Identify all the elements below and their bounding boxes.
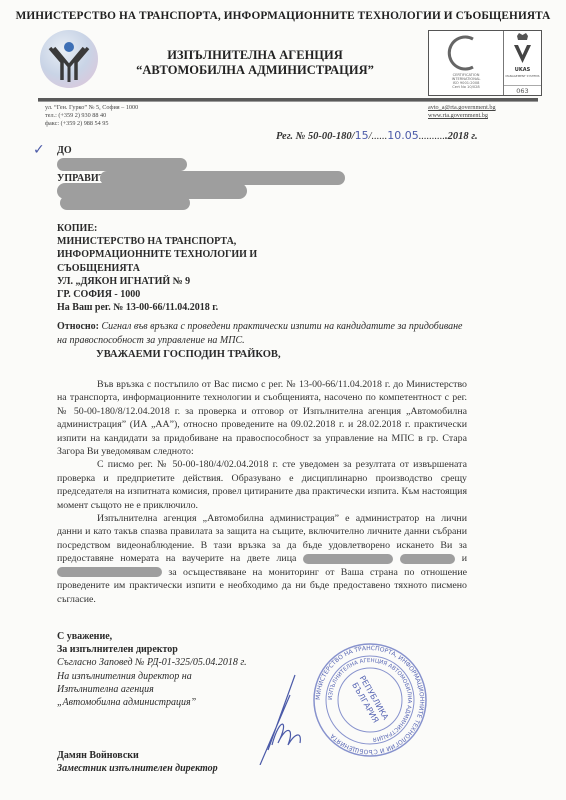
handwritten-check-icon: ✓	[33, 142, 45, 158]
redaction	[60, 196, 190, 210]
redaction	[400, 554, 455, 564]
recipient-to-label: ДО	[57, 145, 72, 156]
certification-ring-icon	[429, 31, 503, 73]
phone: тел.: (+359 2) 930 88 40	[45, 112, 138, 120]
email-link[interactable]: avto_a@rta.government.bg	[428, 104, 496, 112]
signoff-block: С уважение, За изпълнителен директор Съг…	[57, 630, 247, 709]
redaction	[303, 554, 393, 564]
crown-check-icon	[504, 31, 541, 67]
ukas-number: 063	[504, 85, 541, 95]
letter-body: Във връзка с постъпило от Вас писмо с ре…	[57, 378, 467, 606]
fax: факс: (+359 2) 988 54 95	[45, 120, 138, 128]
subject-text: Сигнал във връзка с проведени практическ…	[57, 321, 463, 346]
regards: С уважение,	[57, 630, 247, 643]
ministry-header: МИНИСТЕРСТВО НА ТРАНСПОРТА, ИНФОРМАЦИОНН…	[0, 10, 566, 22]
website-link[interactable]: www.rta.government.bg	[428, 112, 496, 120]
web-contact: avto_a@rta.government.bg www.rta.governm…	[428, 104, 496, 120]
agency-title-line2: “АВТОМОБИЛНА АДМИНИСТРАЦИЯ”	[110, 63, 400, 78]
body-paragraph-1: Във връзка с постъпило от Вас писмо с ре…	[57, 378, 467, 458]
copies-label: КОПИЕ:	[57, 222, 257, 235]
subject-line: Относно: Сигнал във връзка с проведени п…	[57, 320, 467, 348]
registration-number: Рег. № 50-00-180/15/......10.05.........…	[276, 129, 478, 142]
agency-title-line1: ИЗПЪЛНИТЕЛНА АГЕНЦИЯ	[110, 48, 400, 63]
ukas-label: UKAS	[504, 67, 541, 73]
signer-title: Заместник изпълнителен директор	[57, 762, 218, 775]
handwritten-date: 10.05	[387, 129, 419, 142]
signer-name: Дамян Войновски	[57, 749, 218, 762]
body-paragraph-3: Изпълнителна агенция „Автомобилна админи…	[57, 512, 467, 606]
handwritten-number: 15	[355, 129, 369, 142]
redaction	[57, 158, 187, 171]
redaction	[57, 567, 162, 577]
official-stamp-icon: МИНИСТЕРСТВО НА ТРАНСПОРТА, ИНФОРМАЦИОНН…	[310, 640, 430, 760]
copies-block: КОПИЕ: МИНИСТЕРСТВО НА ТРАНСПОРТА, ИНФОР…	[57, 222, 257, 314]
subject-label: Относно:	[57, 321, 99, 332]
for-director: За изпълнителен директор	[57, 643, 247, 656]
certification-badges: CERTIFICATION INTERNATIONAL ISO 9001:200…	[428, 30, 542, 96]
body-paragraph-2: С писмо рег. № 50-00-180/4/02.04.2018 г.…	[57, 458, 467, 512]
ukas-badge: UKAS MANAGEMENT SYSTEMS 063	[504, 31, 541, 95]
ukas-sub: MANAGEMENT SYSTEMS	[504, 74, 541, 78]
agency-logo-icon	[40, 30, 98, 88]
iso-certification-badge: CERTIFICATION INTERNATIONAL ISO 9001:200…	[429, 31, 504, 95]
signer-block: Дамян Войновски Заместник изпълнителен д…	[57, 749, 218, 775]
order-reference: Съгласно Заповед № РД-01-325/05.04.2018 …	[57, 656, 247, 669]
certification-text: CERTIFICATION INTERNATIONAL ISO 9001:200…	[429, 73, 503, 89]
contact-info: ул. “Ген. Гурко” № 5, София – 1000 тел.:…	[45, 104, 138, 128]
salutation: УВАЖАЕМИ ГОСПОДИН ТРАЙКОВ,	[96, 349, 281, 360]
agency-title: ИЗПЪЛНИТЕЛНА АГЕНЦИЯ “АВТОМОБИЛНА АДМИНИ…	[110, 48, 400, 78]
address: ул. “Ген. Гурко” № 5, София – 1000	[45, 104, 138, 112]
header-divider	[38, 98, 538, 102]
